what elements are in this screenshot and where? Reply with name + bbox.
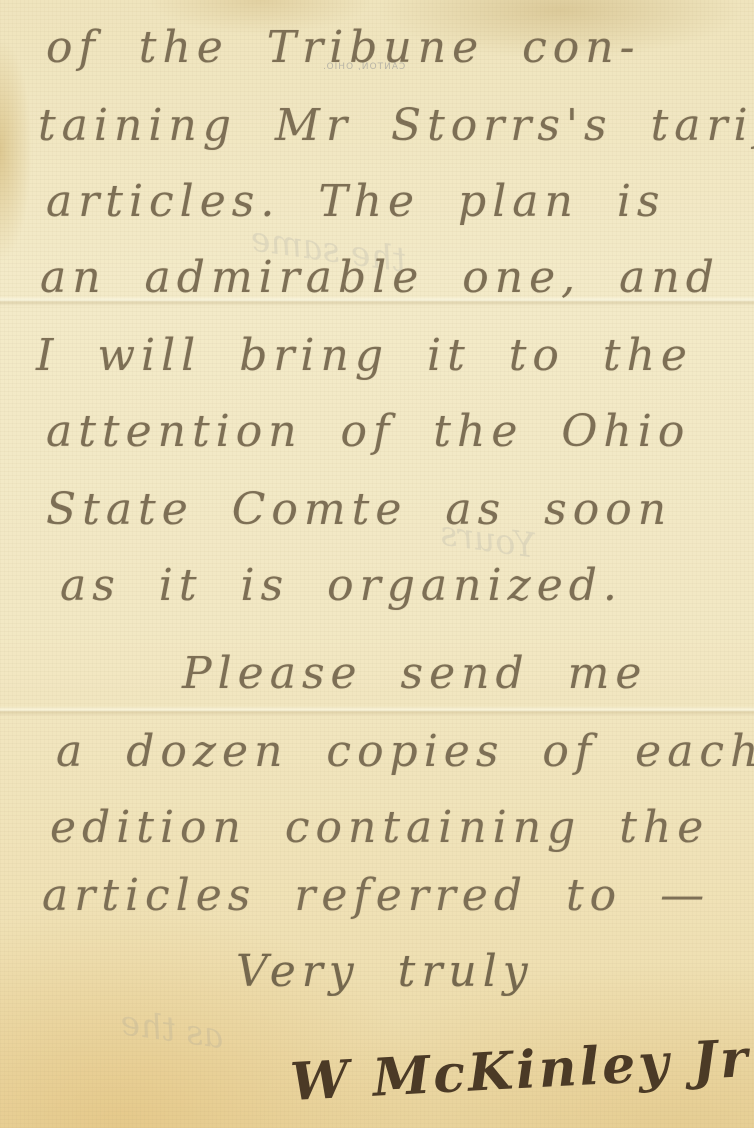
letter-closing: Very truly bbox=[236, 946, 534, 997]
letter-line: Please send me bbox=[182, 648, 647, 699]
letter-line: of the Tribune con- bbox=[46, 22, 640, 73]
letter-line: a dozen copies of each bbox=[56, 726, 754, 777]
letter-line: articles referred to — bbox=[42, 870, 710, 921]
bleed-through-text: as the bbox=[118, 1003, 227, 1057]
letter-line: I will bring it to the bbox=[36, 330, 693, 381]
letter-line: as it is organized. bbox=[60, 560, 623, 611]
letter-line: attention of the Ohio bbox=[46, 406, 690, 457]
signature: W McKinley Jr bbox=[289, 1028, 752, 1113]
letter-line: taining Mr Storrs's tariff bbox=[38, 100, 754, 151]
letter-line: an admirable one, and bbox=[40, 252, 720, 303]
fold-crease-lower bbox=[0, 706, 754, 716]
letter-page: CANTON, OHIO. the same Yours as the of t… bbox=[0, 0, 754, 1128]
letter-line: State Comte as soon bbox=[46, 484, 672, 535]
letter-line: edition containing the bbox=[50, 802, 709, 853]
letter-line: articles. The plan is bbox=[46, 176, 665, 227]
